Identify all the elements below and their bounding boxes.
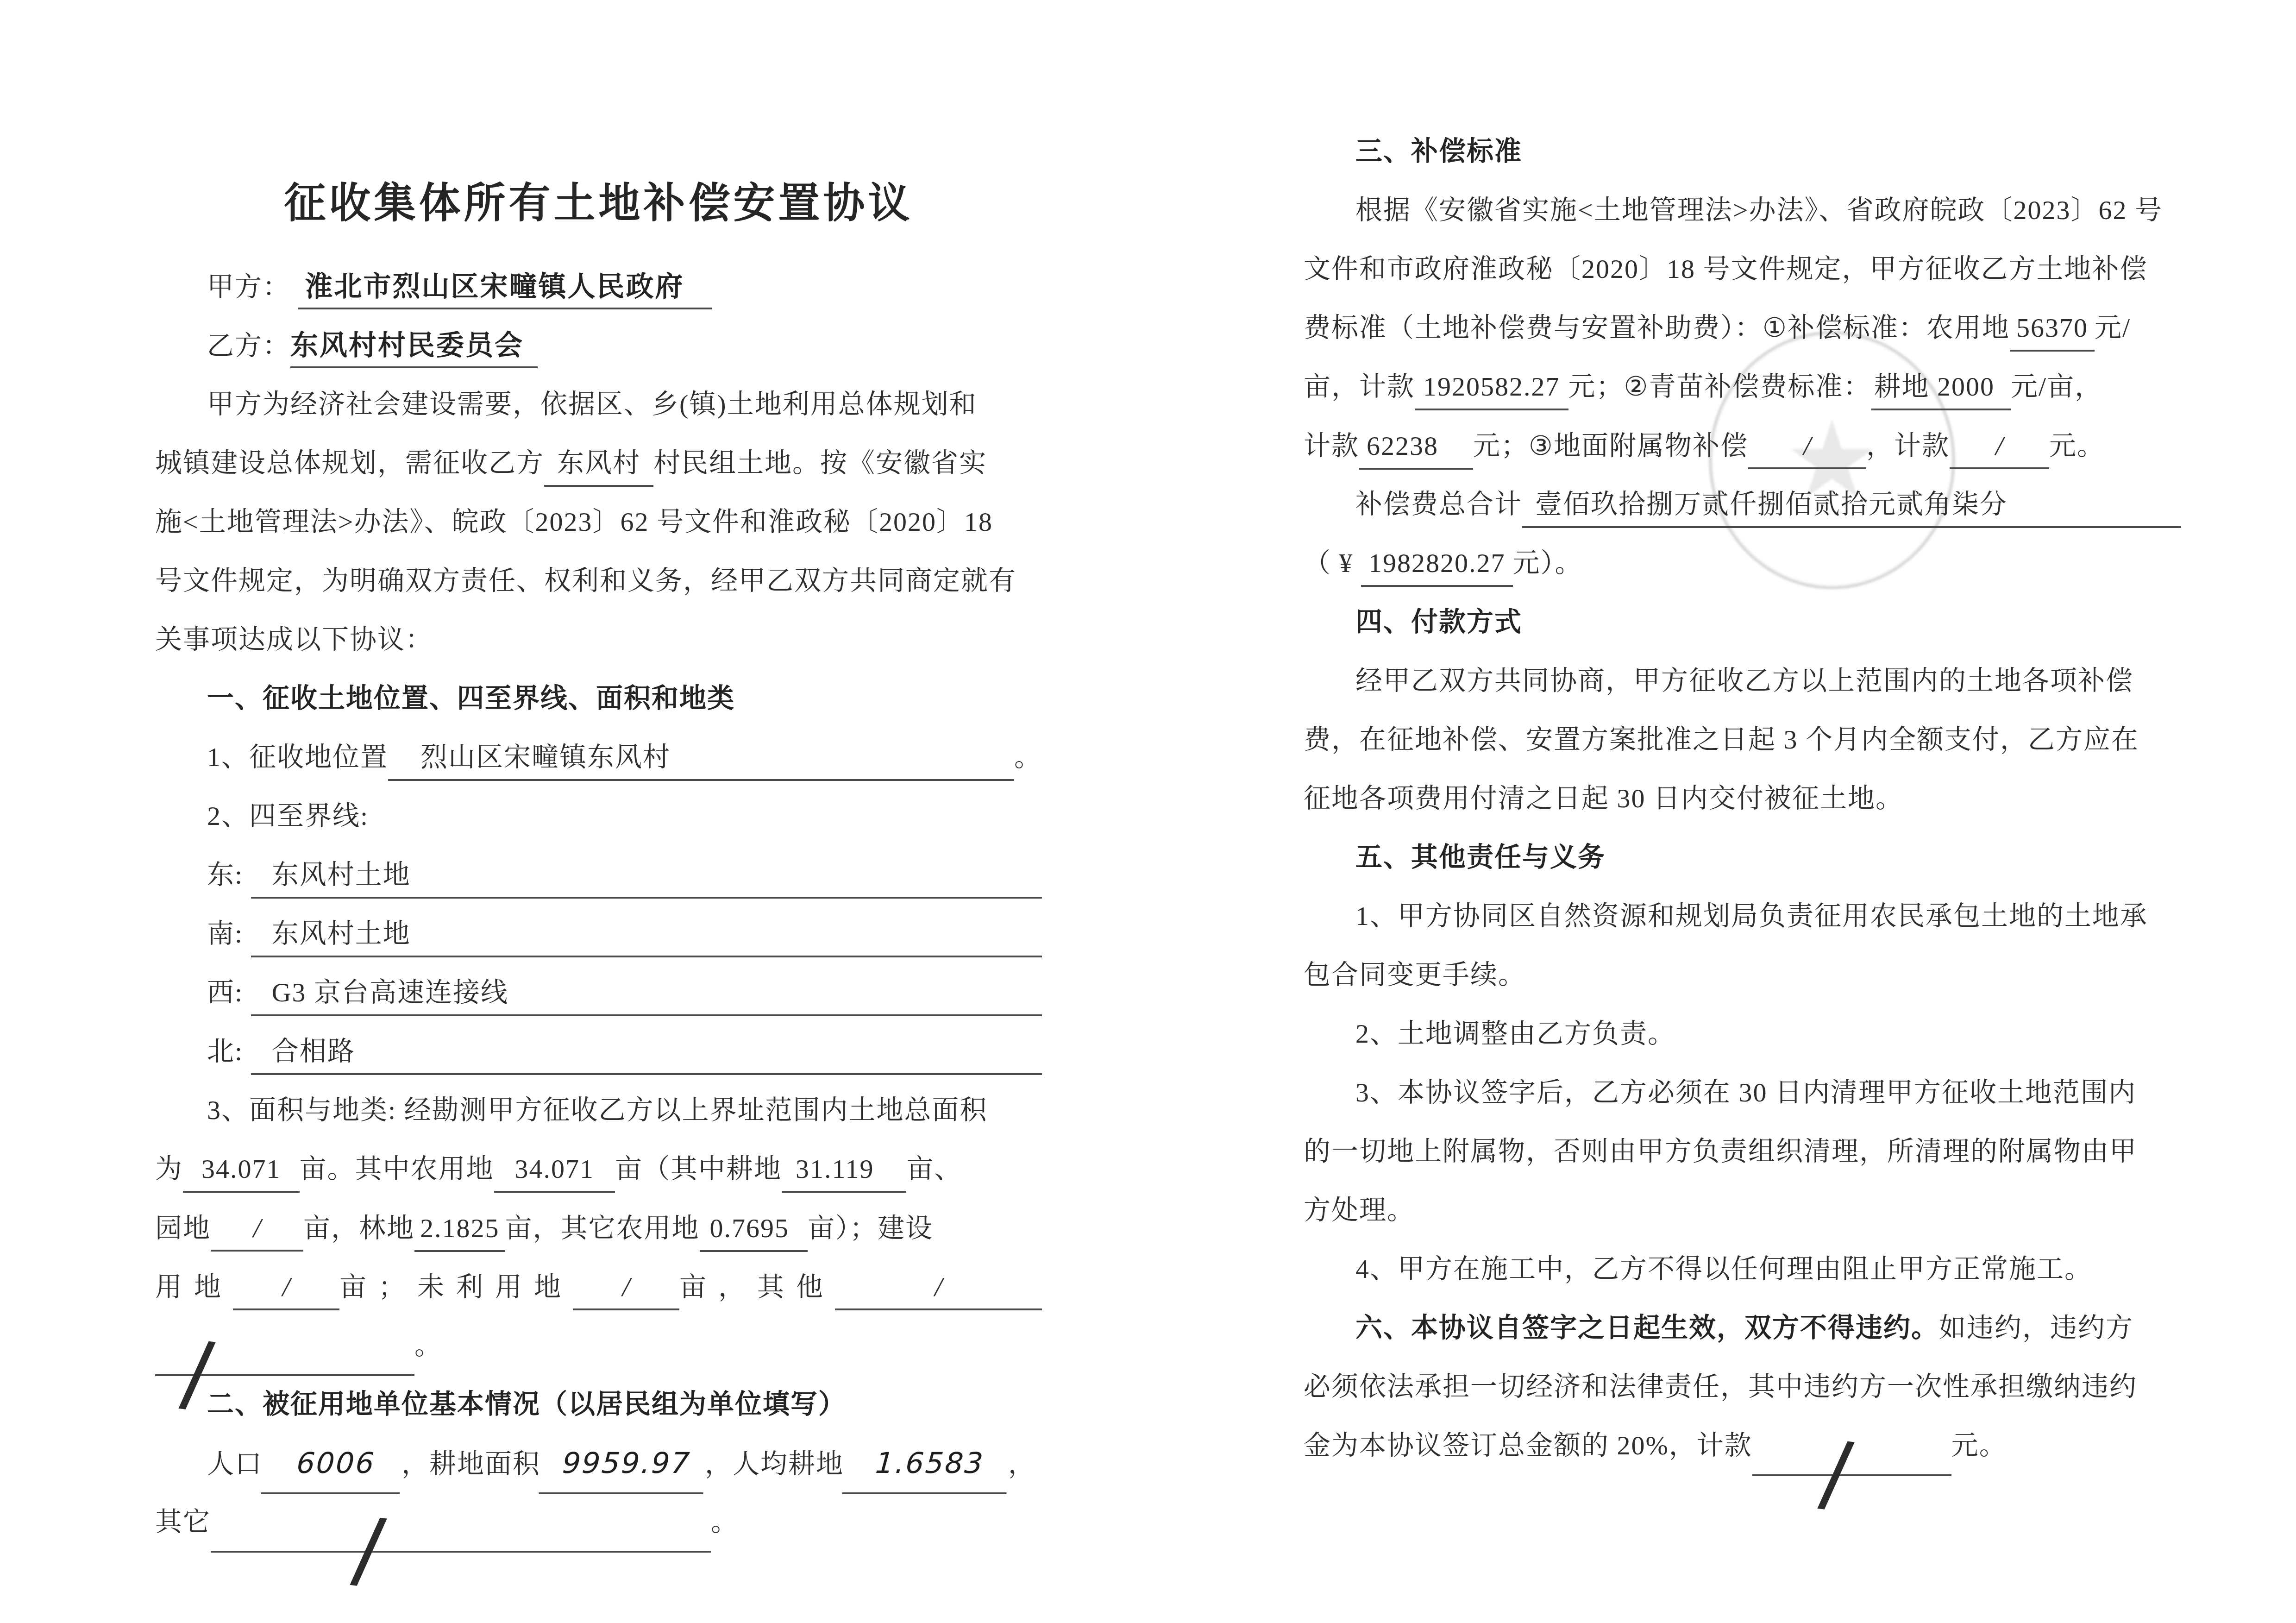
filled-blank: 0.7695 — [700, 1211, 808, 1252]
text-run: 东: — [207, 858, 251, 892]
text-run: ，人均耕地 — [705, 1447, 844, 1481]
document-line: 西: G3 京台高速连接线 — [155, 956, 1042, 1015]
document-line: 包合同变更手续。 — [1304, 938, 2181, 997]
filled-blank: 62238 — [1359, 429, 1473, 470]
document-line: 根据《安徽省实施<土地管理法>办法》、省政府皖政〔2023〕62 号 — [1304, 174, 2181, 233]
text-run: 用地 — [155, 1270, 233, 1304]
document-line: 1、甲方协同区自然资源和规划局负责征用农民承包土地的土地承 — [1304, 880, 2181, 938]
text-run: 方处理。 — [1304, 1193, 1415, 1227]
text-run: ，计款 — [1866, 429, 1950, 463]
document-line: 三、补偿标准 — [1304, 115, 2181, 174]
document-line: （ ¥ 1982820.27元）。 — [1304, 527, 2181, 585]
slash-blank: / — [211, 1211, 303, 1252]
document-line: 施<土地管理法>办法》、皖政〔2023〕62 号文件和淮政秘〔2020〕18 — [155, 485, 1042, 544]
text-run: 经甲乙双方共同协商，甲方征收乙方以上范围内的土地各项补偿 — [1355, 664, 2133, 698]
handwritten-slash-blank: / — [1752, 1435, 1951, 1476]
text-run: 人口 — [207, 1447, 263, 1481]
left-page-body: 甲方： 淮北市烈山区宋疃镇人民政府乙方：东风村村民委员会甲方为经济社会建设需要，… — [155, 250, 1042, 1544]
document-line: 甲方为经济社会建设需要，依据区、乡(镇)土地利用总体规划和 — [155, 368, 1042, 427]
slash-blank: / — [233, 1270, 339, 1310]
text-run: 1、征收地位置 — [207, 740, 388, 774]
heading-text: 五、其他责任与义务 — [1355, 840, 1606, 874]
text-run: 亩；未利用地 — [339, 1270, 573, 1304]
handwritten-value: 9959.97 — [539, 1446, 706, 1494]
filled-blank: 34.071 — [183, 1152, 300, 1193]
document-line: /。 — [155, 1309, 1042, 1368]
document-line: 其它 /。 — [155, 1485, 1042, 1544]
text-run: 1、甲方协同区自然资源和规划局负责征用农民承包土地的土地承 — [1355, 899, 2148, 933]
filled-blank: 56370 — [2010, 311, 2095, 352]
document-line: 亩，计款1920582.27元；②青苗补偿费标准：耕地 2000元/亩， — [1304, 350, 2181, 409]
document-line: 二、被征用地单位基本情况（以居民组为单位填写） — [155, 1368, 1042, 1427]
filled-blank: 2.1825 — [414, 1211, 505, 1252]
slash-blank: / — [1950, 428, 2049, 469]
slash-blank: / — [573, 1270, 679, 1310]
text-run: （ ¥ — [1304, 546, 1361, 580]
text-run: 。 — [1014, 740, 1042, 774]
text-run: 元。 — [2049, 429, 2105, 463]
handwritten-slash: / — [352, 1530, 385, 1568]
text-run: 3、面积与地类: 经勘测甲方征收乙方以上界址范围内土地总面积 — [207, 1093, 988, 1127]
document-line: 征地各项费用付清之日起 30 日内交付被征土地。 — [1304, 762, 2181, 821]
document-line: 一、征收土地位置、四至界线、面积和地类 — [155, 662, 1042, 721]
document-line: 计款62238元；③地面附属物补偿/，计款/元。 — [1304, 409, 2181, 468]
text-run: ， — [1008, 1447, 1036, 1481]
text-run: 2、四至界线: — [207, 799, 369, 833]
text-run: 亩，计款 — [1304, 370, 1415, 404]
text-run: 甲方： — [207, 270, 298, 304]
filled-blank: 合相路 — [251, 1034, 1042, 1075]
document-line: 1、征收地位置烈山区宋疃镇东风村。 — [155, 721, 1042, 780]
filled-blank: 东风村 — [544, 446, 653, 487]
document-line: 东: 东风村土地 — [155, 838, 1042, 897]
document-line: 费标准（土地补偿费与安置补助费）：①补偿标准：农用地56370元/ — [1304, 291, 2181, 350]
text-run: 号文件规定，为明确双方责任、权利和义务，经甲乙双方共同商定就有 — [155, 564, 1016, 598]
document-line: 2、土地调整由乙方负责。 — [1304, 997, 2181, 1056]
text-run: 必须依法承担一切经济和法律责任，其中违约方一次性承担缴纳违约 — [1304, 1370, 2137, 1404]
heading-text: 三、补偿标准 — [1355, 134, 1522, 169]
text-run: 2、土地调整由乙方负责。 — [1355, 1017, 1675, 1051]
document-line: 人口6006，耕地面积9959.97，人均耕地1.6583， — [155, 1427, 1042, 1485]
filled-blank: 烈山区宋疃镇东风村 — [388, 740, 1014, 781]
document-line: 金为本协议签订总金额的 20%，计款 /元。 — [1304, 1409, 2181, 1468]
text-run: ，耕地面积 — [401, 1447, 540, 1481]
document-line: 北: 合相路 — [155, 1015, 1042, 1074]
slash-blank: / — [835, 1270, 1042, 1310]
slash-blank: / — [1748, 428, 1866, 469]
text-run: 费标准（土地补偿费与安置补助费）：①补偿标准：农用地 — [1304, 311, 2010, 345]
text-run: 甲方为经济社会建设需要，依据区、乡(镇)土地利用总体规划和 — [207, 387, 977, 421]
text-run: 征地各项费用付清之日起 30 日内交付被征土地。 — [1304, 781, 1903, 816]
text-run: 亩）；建设 — [808, 1211, 933, 1246]
text-run: 计款 — [1304, 429, 1359, 463]
document-line: 经甲乙双方共同协商，甲方征收乙方以上范围内的土地各项补偿 — [1304, 644, 2181, 703]
text-run: 亩（其中耕地 — [615, 1152, 782, 1186]
text-run: 村民组土地。按《安徽省实 — [653, 446, 987, 480]
document-line: 3、本协议签字后，乙方必须在 30 日内清理甲方征收土地范围内 — [1304, 1056, 2181, 1115]
handwritten-slash-blank: / — [155, 1335, 414, 1376]
text-run: 西: — [207, 975, 251, 1010]
document-line: 关事项达成以下协议： — [155, 603, 1042, 662]
document-line: 费，在征地补偿、安置方案批准之日起 3 个月内全额支付，乙方应在 — [1304, 703, 2181, 762]
text-run: 补偿费总合计 — [1355, 487, 1522, 522]
text-run: 。 — [711, 1505, 739, 1539]
text-run: 亩，其他 — [679, 1270, 835, 1304]
document-line: 4、甲方在施工中，乙方不得以任何理由阻止甲方正常施工。 — [1304, 1233, 2181, 1291]
right-page: 三、补偿标准根据《安徽省实施<土地管理法>办法》、省政府皖政〔2023〕62 号… — [1304, 115, 2181, 1468]
filled-blank: 壹佰玖拾捌万贰仟捌佰贰拾元贰角柒分 — [1522, 487, 2181, 528]
text-run: 文件和市政府淮政秘〔2020〕18 号文件规定，甲方征收乙方土地补偿 — [1304, 252, 2148, 286]
document-line: 必须依法承担一切经济和法律责任，其中违约方一次性承担缴纳违约 — [1304, 1350, 2181, 1409]
document-line: 2、四至界线: — [155, 780, 1042, 838]
document-line: 补偿费总合计壹佰玖拾捌万贰仟捌佰贰拾元贰角柒分 — [1304, 468, 2181, 527]
text-run: 金为本协议签订总金额的 20%，计款 — [1304, 1428, 1752, 1463]
text-run: 元/ — [2095, 311, 2131, 345]
text-run: 元/亩， — [2011, 370, 2102, 404]
document-scan: { "title": "征收集体所有土地补偿安置协议", "left": { "… — [0, 0, 2296, 1623]
document-line: 园地/亩，林地2.1825亩，其它农用地0.7695亩）；建设 — [155, 1191, 1042, 1250]
text-run: 如违约，违约方 — [1939, 1311, 2133, 1345]
filled-blank: 31.119 — [782, 1152, 906, 1193]
handwritten-slash: / — [181, 1354, 214, 1391]
handwritten-slash-blank: / — [211, 1512, 711, 1553]
text-run: 施<土地管理法>办法》、皖政〔2023〕62 号文件和淮政秘〔2020〕18 — [155, 505, 993, 539]
text-run: 3、本协议签字后，乙方必须在 30 日内清理甲方征收土地范围内 — [1355, 1076, 2136, 1110]
handwritten-value: 1.6583 — [842, 1446, 1010, 1494]
right-page-body: 三、补偿标准根据《安徽省实施<土地管理法>办法》、省政府皖政〔2023〕62 号… — [1304, 115, 2181, 1468]
heading-text: 一、征收土地位置、四至界线、面积和地类 — [207, 681, 735, 716]
document-line: 的一切地上附属物，否则由甲方负责组织清理，所清理的附属物由甲 — [1304, 1115, 2181, 1174]
document-line: 六、本协议自签字之日起生效，双方不得违约。如违约，违约方 — [1304, 1291, 2181, 1350]
document-line: 方处理。 — [1304, 1174, 2181, 1233]
text-run: 关事项达成以下协议： — [155, 623, 433, 657]
document-line: 用地/亩；未利用地/亩，其他/ — [155, 1250, 1042, 1309]
text-run: 4、甲方在施工中，乙方不得以任何理由阻止甲方正常施工。 — [1355, 1252, 2092, 1286]
document-line: 号文件规定，为明确双方责任、权利和义务，经甲乙双方共同商定就有 — [155, 544, 1042, 603]
text-run: 亩，林地 — [303, 1211, 414, 1246]
document-line: 3、面积与地类: 经勘测甲方征收乙方以上界址范围内土地总面积 — [155, 1074, 1042, 1132]
text-run: 园地 — [155, 1211, 211, 1246]
filled-blank: 34.071 — [494, 1152, 615, 1193]
heading-text: 四、付款方式 — [1355, 605, 1522, 639]
filled-blank-bold: 淮北市烈山区宋疃镇人民政府 — [298, 270, 712, 309]
text-run: 元）。 — [1513, 546, 1583, 580]
text-run: 亩，其它农用地 — [505, 1211, 700, 1246]
text-run: 亩。其中农用地 — [300, 1152, 494, 1186]
document-line: 五、其他责任与义务 — [1304, 821, 2181, 880]
heading-text: 六、本协议自签字之日起生效，双方不得违约。 — [1355, 1311, 1939, 1345]
document-line: 四、付款方式 — [1304, 585, 2181, 644]
text-run: 为 — [155, 1152, 183, 1186]
heading-text: 二、被征用地单位基本情况（以居民组为单位填写） — [207, 1387, 846, 1422]
text-run: 包合同变更手续。 — [1304, 958, 1526, 992]
filled-blank: 1982820.27 — [1361, 546, 1513, 587]
document-line: 城镇建设总体规划，需征收乙方东风村村民组土地。按《安徽省实 — [155, 427, 1042, 485]
text-run: 的一切地上附属物，否则由甲方负责组织清理，所清理的附属物由甲 — [1304, 1134, 2137, 1169]
text-run: 城镇建设总体规划，需征收乙方 — [155, 446, 544, 480]
document-line: 为34.071亩。其中农用地34.071亩（其中耕地31.119亩、 — [155, 1132, 1042, 1191]
filled-blank: 耕地 2000 — [1871, 370, 2011, 410]
filled-blank: 东风村土地 — [251, 917, 1042, 957]
text-run: 。 — [414, 1328, 442, 1363]
filled-blank: 东风村土地 — [251, 858, 1042, 899]
text-run: 元；②青苗补偿费标准： — [1568, 370, 1871, 404]
document-title: 征收集体所有土地补偿安置协议 — [155, 148, 1042, 250]
filled-blank: G3 京台高速连接线 — [251, 975, 1042, 1016]
handwritten-value: 6006 — [261, 1446, 403, 1494]
document-line: 乙方：东风村村民委员会 — [155, 309, 1042, 368]
document-line: 甲方： 淮北市烈山区宋疃镇人民政府 — [155, 250, 1042, 309]
filled-blank: 1920582.27 — [1415, 370, 1568, 410]
left-page: 征收集体所有土地补偿安置协议 甲方： 淮北市烈山区宋疃镇人民政府乙方：东风村村民… — [155, 148, 1042, 1544]
text-run: 费，在征地补偿、安置方案批准之日起 3 个月内全额支付，乙方应在 — [1304, 723, 2139, 757]
text-run: 元。 — [1951, 1428, 2007, 1463]
text-run: 北: — [207, 1034, 251, 1069]
text-run: 根据《安徽省实施<土地管理法>办法》、省政府皖政〔2023〕62 号 — [1355, 193, 2163, 227]
document-line: 南: 东风村土地 — [155, 897, 1042, 956]
text-run: 其它 — [155, 1505, 211, 1539]
text-run: 南: — [207, 917, 251, 951]
handwritten-slash: / — [1820, 1454, 1853, 1491]
text-run: 元；③地面附属物补偿 — [1473, 429, 1748, 463]
text-run: 亩、 — [906, 1152, 962, 1186]
filled-blank-bold: 东风村村民委员会 — [290, 328, 538, 368]
text-run: 乙方： — [207, 329, 290, 363]
document-line: 文件和市政府淮政秘〔2020〕18 号文件规定，甲方征收乙方土地补偿 — [1304, 233, 2181, 291]
